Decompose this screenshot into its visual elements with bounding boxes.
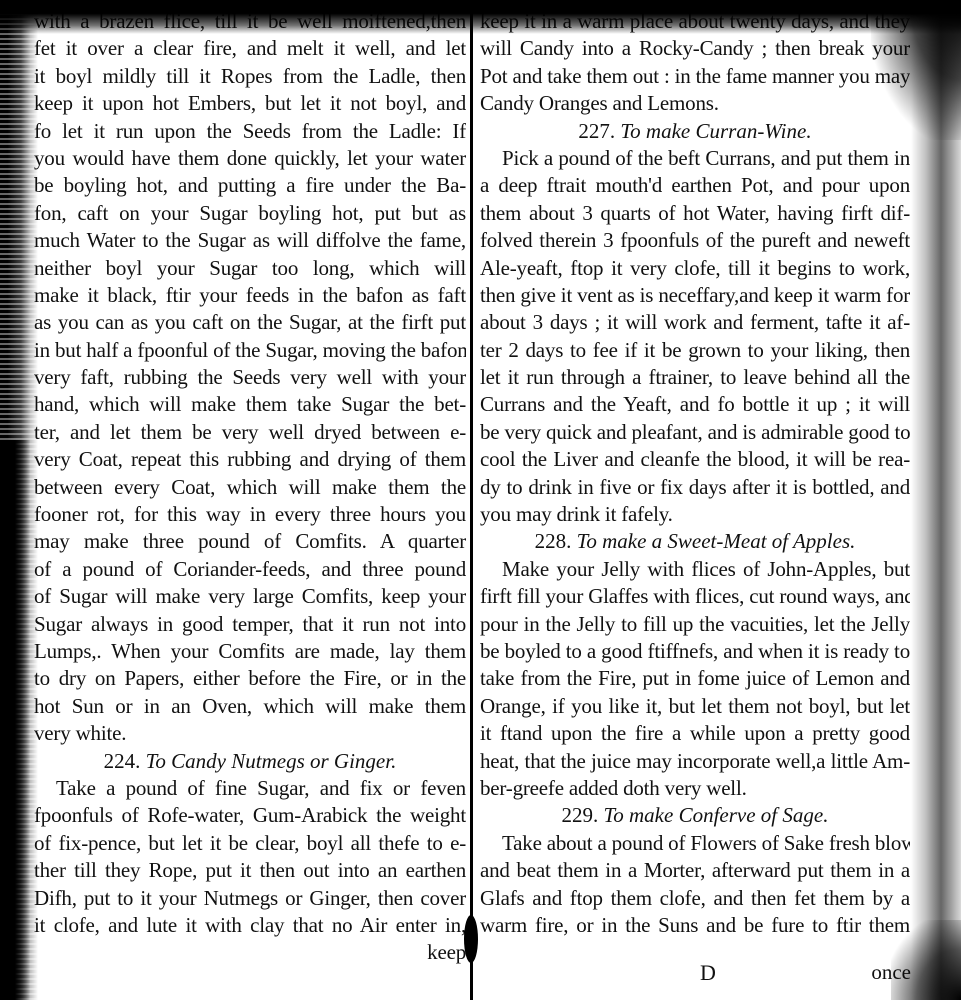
- section-number: 224.: [104, 749, 141, 773]
- text-line: Orange, if you like it, but let them not…: [480, 693, 910, 720]
- ink-blot: [464, 915, 478, 963]
- section-number: 227.: [578, 119, 615, 143]
- text-line: Candy Oranges and Lemons.: [480, 90, 910, 117]
- text-line: Currans and the Yeaft, and fo bottle it …: [480, 391, 910, 418]
- section-title: To make a Sweet-Meat of Apples.: [577, 529, 856, 553]
- gutter-rule: [470, 0, 473, 1000]
- text-line: Lumps,. When your Comfits are made, lay …: [34, 638, 466, 665]
- text-line: in but half a fpoonful of the Sugar, mov…: [34, 337, 466, 364]
- left-page: with a brazen flice, till it be well moi…: [34, 8, 466, 967]
- text-line: of Sugar will make very large Comfits, k…: [34, 583, 466, 610]
- text-line: Take about a pound of Flowers of Sake fr…: [480, 830, 910, 857]
- scan-shadow-top: [0, 0, 961, 34]
- text-line: warm fire, or in the Suns and be fure to…: [480, 912, 910, 939]
- text-line: a deep ftrait mouth'd earthen Pot, and p…: [480, 172, 910, 199]
- text-line: hot Sun or in an Oven, which will make t…: [34, 693, 466, 720]
- text-line: of a pound of Coriander-feeds, and three…: [34, 556, 466, 583]
- text-line: will Candy into a Rocky-Candy ; then bre…: [480, 35, 910, 62]
- text-line: cool the Liver and cleanfe the blood, it…: [480, 446, 910, 473]
- text-line: then give it vent as is neceffary,and ke…: [480, 282, 910, 309]
- text-line: you would have them done quickly, let yo…: [34, 145, 466, 172]
- text-line: folved therein 3 fpoonfuls of the pureft…: [480, 227, 910, 254]
- text-line: and beat them in a Morter, afterward put…: [480, 857, 910, 884]
- text-line: be boyled to a good ftiffnefs, and when …: [480, 638, 910, 665]
- text-line: them about 3 quarts of hot Water, having…: [480, 200, 910, 227]
- text-line: ter, and let them be very well dryed bet…: [34, 419, 466, 446]
- text-line: fpoonfuls of Rofe-water, Gum-Arabick the…: [34, 802, 466, 829]
- text-line: let it run through a ftrainer, to leave …: [480, 364, 910, 391]
- text-line: neither boyl your Sugar too long, which …: [34, 255, 466, 282]
- text-line: between every Coat, which will make them…: [34, 474, 466, 501]
- catchword: keep: [34, 939, 466, 966]
- text-line: may make three pound of Comfits. A quart…: [34, 528, 466, 555]
- text-line: fon, caft on your Sugar boyling hot, put…: [34, 200, 466, 227]
- text-line: keep it upon hot Embers, but let it not …: [34, 90, 466, 117]
- text-line: ter 2 days to fee if it be grown to your…: [480, 337, 910, 364]
- text-line: Make your Jelly with flices of John-Appl…: [480, 556, 910, 583]
- text-line: be very quick and pleafant, and is admir…: [480, 419, 910, 446]
- text-line: Glafs and ftop them clofe, and then fet …: [480, 885, 910, 912]
- scan-shadow-right: [911, 0, 961, 1000]
- text-line: very faft, rubbing the Seeds very well w…: [34, 364, 466, 391]
- text-line: you may drink it fafely.: [480, 501, 910, 528]
- text-line: Difh, put to it your Nutmegs or Ginger, …: [34, 885, 466, 912]
- section-heading-229: 229. To make Conferve of Sage.: [480, 802, 910, 829]
- section-number: 229.: [562, 803, 599, 827]
- text-line: ber-greefe added doth very well.: [480, 775, 910, 802]
- text-line: it clofe, and lute it with clay that no …: [34, 912, 466, 939]
- text-line: Take a pound of fine Sugar, and fix or f…: [34, 775, 466, 802]
- section-title: To make Conferve of Sage.: [604, 803, 829, 827]
- text-line: hand, which will make them take Sugar th…: [34, 391, 466, 418]
- text-line: of fix-pence, but let it be clear, boyl …: [34, 830, 466, 857]
- scan-shadow-left-lower: [0, 440, 30, 1000]
- text-line: Pot and take them out : in the fame mann…: [480, 63, 910, 90]
- text-line: make it black, ftir your feeds in the ba…: [34, 282, 466, 309]
- signature-mark: D: [700, 960, 716, 986]
- text-line: to dry on Papers, either before the Fire…: [34, 665, 466, 692]
- section-title: To Candy Nutmegs or Ginger.: [146, 749, 397, 773]
- right-page: keep it in a warm place about twenty day…: [480, 8, 910, 939]
- text-line: firft fill your Glaffes with flices, cut…: [480, 583, 910, 610]
- text-line: heat, that the juice may incorporate wel…: [480, 748, 910, 775]
- section-heading-228: 228. To make a Sweet-Meat of Apples.: [480, 528, 910, 555]
- text-line: Sugar always in good temper, that it run…: [34, 611, 466, 638]
- text-line: much Water to the Sugar as will diffolve…: [34, 227, 466, 254]
- text-line: take from the Fire, put in fome juice of…: [480, 665, 910, 692]
- text-line: ther till they Rope, put it then out int…: [34, 857, 466, 884]
- section-title: To make Curran-Wine.: [620, 119, 811, 143]
- text-line: very white.: [34, 720, 466, 747]
- text-line: fo let it run upon the Seeds from the La…: [34, 118, 466, 145]
- text-line: Pick a pound of the beft Currans, and pu…: [480, 145, 910, 172]
- section-number: 228.: [535, 529, 572, 553]
- text-line: be boyling hot, and putting a fire under…: [34, 172, 466, 199]
- section-heading-224: 224. To Candy Nutmegs or Ginger.: [34, 748, 466, 775]
- section-heading-227: 227. To make Curran-Wine.: [480, 118, 910, 145]
- text-line: very Coat, repeat this rubbing and dryin…: [34, 446, 466, 473]
- scan-shadow-right-bottom: [891, 920, 961, 1000]
- book-spread: with a brazen flice, till it be well moi…: [0, 0, 961, 1000]
- text-line: as you can as you caft on the Sugar, at …: [34, 309, 466, 336]
- text-line: dy to drink in five or fix days after it…: [480, 474, 910, 501]
- text-line: Ale-yeaft, ftop it very clofe, till it b…: [480, 255, 910, 282]
- scan-shadow-right-top: [871, 0, 961, 140]
- text-line: it boyl mildly till it Ropes from the La…: [34, 63, 466, 90]
- text-line: about 3 days ; it will work and ferment,…: [480, 309, 910, 336]
- text-line: fooner rot, for this way in every three …: [34, 501, 466, 528]
- text-line: it ftand upon the fire a while upon a pr…: [480, 720, 910, 747]
- text-line: pour in the Jelly to fill up the vacuiti…: [480, 611, 910, 638]
- text-line: fet it over a clear fire, and melt it we…: [34, 35, 466, 62]
